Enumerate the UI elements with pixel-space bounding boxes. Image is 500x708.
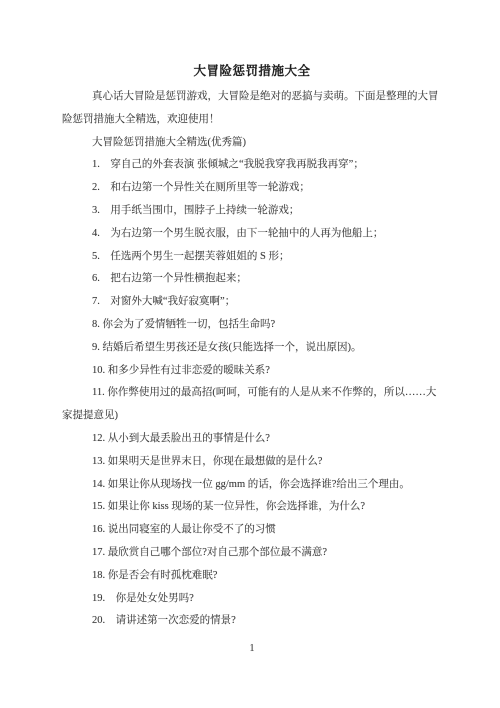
list-item: 4. 为右边第一个男生脱衣服，由下一轮抽中的人再为他船上； — [62, 223, 442, 246]
page-number: 1 — [62, 638, 442, 660]
list-item: 5. 任选两个男生一起摆芙蓉姐姐的 S 形； — [62, 246, 442, 269]
list-item: 15. 如果让你 kiss 现场的某一位异性，你会选择谁，为什么? — [62, 496, 442, 519]
list-item: 17. 最欣赏自己哪个部位?对自己那个部位最不满意? — [62, 542, 442, 565]
document-title: 大冒险惩罚措施大全 — [62, 56, 442, 86]
list-item: 6. 把右边第一个异性横抱起来； — [62, 268, 442, 291]
list-item: 19. 你是处女处男吗? — [62, 588, 442, 611]
intro-paragraph: 真心话大冒险是惩罚游戏，大冒险是绝对的恶搞与卖萌。下面是整理的大冒险惩罚措施大全… — [62, 86, 442, 132]
list-item: 14. 如果让你从现场找一位 gg/mm 的话，你会选择谁?给出三个理由。 — [62, 474, 442, 497]
list-item: 11. 你作弊使用过的最高招(呵呵，可能有的人是从来不作弊的，所以……大家提提意… — [62, 382, 442, 428]
document-page: 大冒险惩罚措施大全 真心话大冒险是惩罚游戏，大冒险是绝对的恶搞与卖萌。下面是整理… — [0, 0, 500, 708]
list-item: 7. 对窗外大喊“我好寂寞啊”； — [62, 291, 442, 314]
section-heading: 大冒险惩罚措施大全精选(优秀篇) — [62, 132, 442, 155]
list-item: 13. 如果明天是世界末日，你现在最想做的是什么? — [62, 451, 442, 474]
list-item: 16. 说出同寝室的人最让你受不了的习惯 — [62, 519, 442, 542]
list-item: 8. 你会为了爱情牺牲一切，包括生命吗? — [62, 314, 442, 337]
list-item: 18. 你是否会有时孤枕难眠? — [62, 565, 442, 588]
list-item: 9. 结婚后希望生男孩还是女孩(只能选择一个，说出原因)。 — [62, 337, 442, 360]
list-item: 1. 穿自己的外套表演 张倾城之“我脱我穿我再脱我再穿”； — [62, 154, 442, 177]
list-item: 20. 请讲述第一次恋爱的情景? — [62, 610, 442, 633]
list-item: 3. 用手纸当围巾，围脖子上持续一轮游戏； — [62, 200, 442, 223]
list-item: 2. 和右边第一个异性关在厕所里等一轮游戏； — [62, 177, 442, 200]
list-item: 10. 和多少异性有过非恋爱的暧昧关系? — [62, 360, 442, 383]
list-item: 12. 从小到大最丢脸出丑的事情是什么? — [62, 428, 442, 451]
